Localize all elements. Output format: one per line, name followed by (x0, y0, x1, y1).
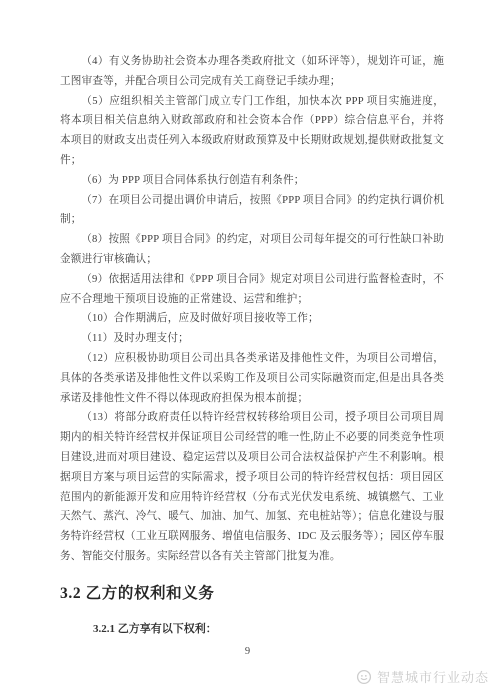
clause-6: （6）为 PPP 项目合同体系执行创造有利条件； (60, 171, 444, 191)
subsection-heading: 3.2.1 乙方享有以下权利： (60, 620, 444, 636)
clause-11: （11）及时办理支付； (60, 329, 444, 349)
section-heading: 3.2 乙方的权利和义务 (60, 581, 444, 603)
clause-9: （9）依据适用法律和《PPP 项目合同》规定对项目公司进行监督检查时，不应不合理… (60, 270, 444, 310)
clause-12: （12）应积极协助项目公司出具各类承诺及排他性文件，为项目公司增信，具体的各类承… (60, 349, 444, 408)
page-number: 9 (0, 646, 495, 657)
clause-7: （7）在项目公司提出调价申请后，按照《PPP 项目合同》的约定执行调价机制； (60, 191, 444, 231)
watermark: 智慧城市行业动态 (356, 667, 489, 686)
clause-13: （13）将部分政府责任以特许经营权转移给项目公司，授予项目公司项目周期内的相关特… (60, 408, 444, 566)
clause-5: （5）应组织相关主管部门成立专门工作组，加快本次 PPP 项目实施进度，将本项目… (60, 92, 444, 171)
watermark-logo-icon (356, 669, 372, 685)
document-body: （4）有义务协助社会资本办理各类政府批文（如环评等），规划许可证，施工图审查等，… (60, 52, 444, 636)
clause-4: （4）有义务协助社会资本办理各类政府批文（如环评等），规划许可证，施工图审查等，… (60, 52, 444, 92)
watermark-text: 智慧城市行业动态 (377, 667, 489, 686)
document-page: （4）有义务协助社会资本办理各类政府批文（如环评等），规划许可证，施工图审查等，… (0, 0, 495, 700)
clause-10: （10）合作期满后，应及时做好项目接收等工作； (60, 309, 444, 329)
clause-8: （8）按照《PPP 项目合同》的约定，对项目公司每年提交的可行性缺口补助金额进行… (60, 230, 444, 270)
